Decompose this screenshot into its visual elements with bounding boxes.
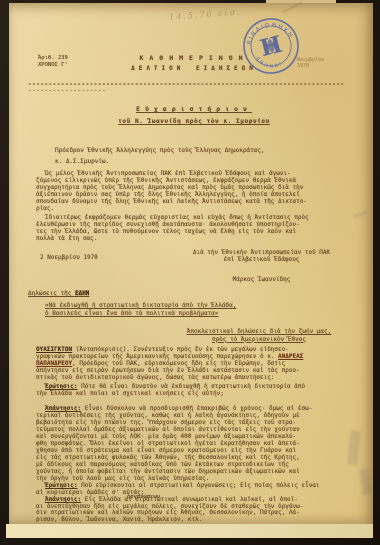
underlying-page-edge [6,524,373,538]
article-quote: «Νὰ ἐκδιωχθῇ ἡ στρατιωτικὴ δικτατορία ἀπ… [45,302,236,318]
qa-text: Ποῦ εὑρίσκονται αἱ στρατιωτικαὶ ὀργανώσε… [78,482,320,489]
letter-date: 2 Νοεμβρίου 1970 [40,255,98,262]
question-label: Ἐρώτησις: [45,482,78,489]
section-heading-org: ΕΔΗΝ [75,290,89,297]
typed-divider-rule: ----------------------------------------… [28,82,348,91]
issue-year: ΧΡΟΝΟΣ Γ' [38,62,68,69]
qa-text: Εἶναι δύσκολον νὰ προσδιορισθῇ ἐπακριβῶς… [81,405,312,412]
answer-label: Ἀπάντησις: [45,405,81,412]
highlighted-name: ΑΝΔΡΕΑΣ [278,353,303,360]
issue-number: Ἀριθ. 239 [38,55,68,62]
article-byline: Ἀποκλειστικαὶ δηλώσεις διὰ τὴν ζωήν μας,… [159,328,359,343]
signature-block: Διὰ τὴν Ἐθνικὴν Ἀντιπροσωπείαν τοῦ ΠΑΚ ἐ… [159,249,364,283]
section-heading-text: Δηλώσεις τῆς [28,290,75,297]
section-heading: Δηλώσεις τῆς ΕΔΗΝ [28,291,89,298]
pencil-smudge [347,431,360,466]
masthead-line1: ΚΑΘΗΜΕΡΙΝΟΝ [94,55,294,62]
qa-text: Πότε θὰ εἶναι δυνατὸν νὰ ἐκδιωχθῇ ἡ στρα… [78,383,306,390]
masthead-line2: ΔΕΛΤΙΟΝ ΕΙΔΗΣΕΩΝ [94,66,294,73]
pencil-smudge [353,211,367,219]
question-label: Ἐρώτησις: [45,383,78,390]
signature-organization: Διὰ τὴν Ἐθνικὴν Ἀντιπροσωπείαν τοῦ ΠΑΚ ἐ… [159,249,364,263]
masthead-date: Νοεμβρίου 1970 [297,57,324,69]
letter-salutation: Πρόεδρον Ἐθνικῆς Ἀλληλεγγύης πρὸς τοὺς Ἕ… [55,145,265,167]
article-intro: ΟΥΑΣΙΓΚΤΩΝ (Ἀνταπόκρισις). Συνέντευξιν π… [36,347,336,382]
qa-body: τὴν Ἑλλάδα καὶ ποῖαι αἱ σχετικαὶ κινήσει… [36,391,336,398]
intro-text: (Ἀνταπόκρισις). Συνέντευξιν πρὸς ἓν ἐκ τ… [72,346,289,353]
qa-body: αι ἀνεπτύχθησαν ἤδη εἰς μεγάλας πόλεις, … [36,504,336,524]
letter-paragraph-1: Ὡς μέλος Ἐθνικῆς Ἀντιπροσωπείας ΠΑΚ ἐπὶ … [36,171,336,213]
masthead-title: ΚΑΘΗΜΕΡΙΝΟΝ ΔΕΛΤΙΟΝ ΕΙΔΗΣΕΩΝ [94,55,294,73]
scanned-document-page: 14.5.70 εἰσ. ΒΙΒΛΙΟΘΗΚΗ ΑΘΗΝΑΙ Η Ἀριθ. 2… [0,0,380,545]
signature-name: Μάρκος Ἰωαννίδης [159,276,364,283]
intro-text: , Πρόεδρος τοῦ ΠΑΚ, εὑρισκόμενος ἤδη εἰς… [72,360,285,367]
pencil-smudge [359,469,372,496]
qa-text: Εἰς Ἑλλάδα αἱ στρατιωτικαὶ συνωμοτικαὶ κ… [81,496,298,503]
answer-1: Ἀπάντησις: Εἶναι δύσκολον νὰ προσδιορισθ… [36,406,336,482]
answer-label: Ἀπάντησις: [45,496,81,503]
masthead-date-year: 1970 [297,63,324,69]
issue-info: Ἀριθ. 239 ΧΡΟΝΟΣ Γ' [38,55,68,69]
question-1: Ἐρώτησις: Πότε θὰ εἶναι δυνατὸν νὰ ἐκδιω… [36,384,336,398]
highlighted-name: ΠΑΠΑΝΔΡΕΟΥ [36,360,72,367]
qa-body: τερικαὶ ἀντιθέσεις τῆς χούντας, καθὼς κα… [36,413,336,483]
question-2: Ἐρώτησις: Ποῦ εὑρίσκονται αἱ στρατιωτικα… [36,483,336,497]
intro-text: γραφικῶν πρακτορείων τῆς Ἀμερικανικῆς πρ… [36,353,278,360]
intro-line: πτικὰς τοῦ ἀντιδικτατορικοῦ ἀγῶνος, δώσα… [36,375,336,382]
letter-subtitle: τοῦ Ν. Ἰωαννίδη πρὸς τὸν κ. Σμυρνίου [79,119,309,126]
paper: 14.5.70 εἰσ. ΒΙΒΛΙΟΘΗΚΗ ΑΘΗΝΑΙ Η Ἀριθ. 2… [9,3,373,524]
dateline: ΟΥΑΣΙΓΚΤΩΝ [36,346,72,353]
letter-paragraph-2: Ἰδιαιτέρως ἐκφράζομεν θερμὰς εὐχαριστίας… [36,215,336,243]
letter-title: Εὐχαριστήριον [79,106,309,113]
answer-2: Ἀπάντησις: Εἰς Ἑλλάδα αἱ στρατιωτικαὶ συ… [36,497,336,524]
